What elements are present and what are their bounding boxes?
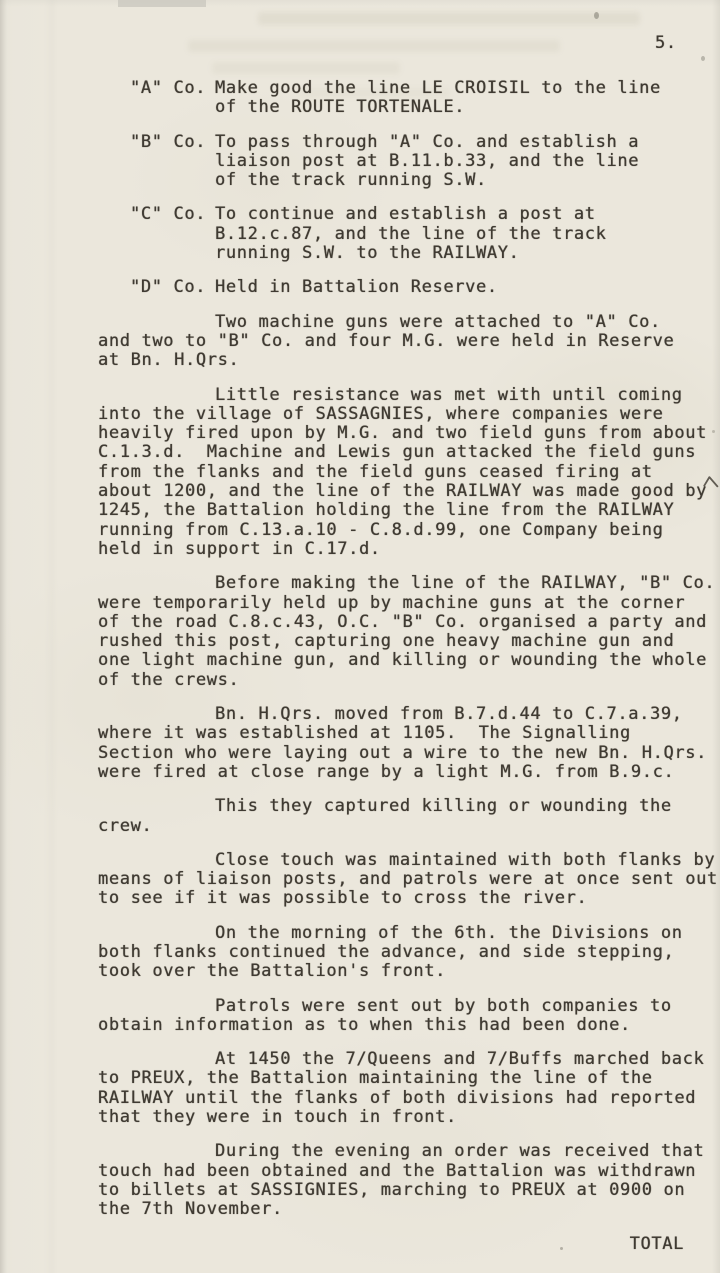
para-line: were fired at close range by a light M.G… xyxy=(98,763,720,782)
company-order-d: "D" Co. Held in Battalion Reserve. xyxy=(98,278,720,297)
para-line: held in support in C.17.d. xyxy=(98,540,720,559)
order-line: Make good the line LE CROISIL to the lin… xyxy=(215,79,720,98)
para-line: RAILWAY until the flanks of both divisio… xyxy=(98,1089,720,1108)
para-line: from the flanks and the field guns cease… xyxy=(98,463,720,482)
para-line: that they were in touch in front. xyxy=(98,1108,720,1127)
company-order-b: "B" Co. To pass through "A" Co. and esta… xyxy=(98,133,720,191)
order-line: liaison post at B.11.b.33, and the line xyxy=(215,152,720,171)
para-line: Before making the line of the RAILWAY, "… xyxy=(98,574,720,593)
para-line: Little resistance was met with until com… xyxy=(98,386,720,405)
company-order-a: "A" Co. Make good the line LE CROISIL to… xyxy=(98,79,720,118)
para-line: about 1200, and the line of the RAILWAY … xyxy=(98,482,720,501)
para-line: touch had been obtained and the Battalio… xyxy=(98,1162,720,1181)
company-order-label: "C" Co. xyxy=(98,205,215,263)
para-line: heavily fired upon by M.G. and two field… xyxy=(98,424,720,443)
para-line: of the crews. xyxy=(98,671,720,690)
order-line: Held in Battalion Reserve. xyxy=(215,278,720,297)
para-line: Section who were laying out a wire to th… xyxy=(98,744,720,763)
paragraph: Before making the line of the RAILWAY, "… xyxy=(98,574,720,690)
paragraph: Patrols were sent out by both companies … xyxy=(98,997,720,1036)
paragraph: Two machine guns were attached to "A" Co… xyxy=(98,313,720,371)
order-line: running S.W. to the RAILWAY. xyxy=(215,244,720,263)
paragraph: Close touch was maintained with both fla… xyxy=(98,851,720,909)
para-line: both flanks continued the advance, and s… xyxy=(98,943,720,962)
order-line: B.12.c.87, and the line of the track xyxy=(215,225,720,244)
document-body: "A" Co. Make good the line LE CROISIL to… xyxy=(98,79,720,1254)
para-line: to billets at SASSIGNIES, marching to PR… xyxy=(98,1181,720,1200)
para-line: obtain information as to when this had b… xyxy=(98,1016,720,1035)
para-line: to PREUX, the Battalion maintaining the … xyxy=(98,1069,720,1088)
bleed-through-mark xyxy=(212,62,400,74)
para-line: means of liaison posts, and patrols were… xyxy=(98,870,720,889)
paragraph: At 1450 the 7/Queens and 7/Buffs marched… xyxy=(98,1050,720,1127)
order-line: To pass through "A" Co. and establish a xyxy=(215,133,720,152)
paragraph: This they captured killing or wounding t… xyxy=(98,797,720,836)
para-line: At 1450 the 7/Queens and 7/Buffs marched… xyxy=(98,1050,720,1069)
company-order-c: "C" Co. To continue and establish a post… xyxy=(98,205,720,263)
para-line: Two machine guns were attached to "A" Co… xyxy=(98,313,720,332)
paragraph: During the evening an order was received… xyxy=(98,1142,720,1219)
paragraph: Bn. H.Qrs. moved from B.7.d.44 to C.7.a.… xyxy=(98,705,720,782)
ink-speck xyxy=(594,12,599,19)
paragraph: Little resistance was met with until com… xyxy=(98,386,720,560)
handwritten-caret-mark xyxy=(701,473,720,493)
bleed-through-mark xyxy=(258,12,640,25)
para-line: and two to "B" Co. and four M.G. were he… xyxy=(98,332,720,351)
para-line: C.1.3.d. Machine and Lewis gun attacked … xyxy=(98,443,720,462)
company-order-label: "B" Co. xyxy=(98,133,215,191)
company-order-label: "A" Co. xyxy=(98,79,215,118)
para-line: into the village of SASSAGNIES, where co… xyxy=(98,405,720,424)
para-line: running from C.13.a.10 - C.8.d.99, one C… xyxy=(98,521,720,540)
company-order-label: "D" Co. xyxy=(98,278,215,297)
para-line: of the road C.8.c.43, O.C. "B" Co. organ… xyxy=(98,613,720,632)
company-order-text: Held in Battalion Reserve. xyxy=(215,278,720,297)
para-line: Close touch was maintained with both fla… xyxy=(98,851,720,870)
para-line: the 7th November. xyxy=(98,1200,720,1219)
ink-speck xyxy=(701,56,705,61)
para-line: took over the Battalion's front. xyxy=(98,962,720,981)
para-line: crew. xyxy=(98,817,720,836)
scanned-document-page: 5. "A" Co. Make good the line LE CROISIL… xyxy=(0,0,720,1273)
paragraph: On the morning of the 6th. the Divisions… xyxy=(98,924,720,982)
scan-edge-mark xyxy=(118,0,206,7)
para-line: rushed this post, capturing one heavy ma… xyxy=(98,632,720,651)
order-line: of the track running S.W. xyxy=(215,171,720,190)
footer-total: TOTAL xyxy=(98,1235,720,1254)
para-line: Bn. H.Qrs. moved from B.7.d.44 to C.7.a.… xyxy=(98,705,720,724)
para-line: On the morning of the 6th. the Divisions… xyxy=(98,924,720,943)
order-line: To continue and establish a post at xyxy=(215,205,720,224)
para-line: to see if it was possible to cross the r… xyxy=(98,889,720,908)
company-order-text: Make good the line LE CROISIL to the lin… xyxy=(215,79,720,118)
page-number: 5. xyxy=(655,34,677,53)
order-line: of the ROUTE TORTENALE. xyxy=(215,98,720,117)
para-line: 1245, the Battalion holding the line fro… xyxy=(98,501,720,520)
company-order-text: To pass through "A" Co. and establish a … xyxy=(215,133,720,191)
para-line: were temporarily held up by machine guns… xyxy=(98,594,720,613)
para-line: Patrols were sent out by both companies … xyxy=(98,997,720,1016)
company-order-text: To continue and establish a post at B.12… xyxy=(215,205,720,263)
para-line: at Bn. H.Qrs. xyxy=(98,351,720,370)
para-line: one light machine gun, and killing or wo… xyxy=(98,651,720,670)
para-line: During the evening an order was received… xyxy=(98,1142,720,1161)
para-line: This they captured killing or wounding t… xyxy=(98,797,720,816)
bleed-through-mark xyxy=(188,40,560,52)
para-line: where it was established at 1105. The Si… xyxy=(98,724,720,743)
